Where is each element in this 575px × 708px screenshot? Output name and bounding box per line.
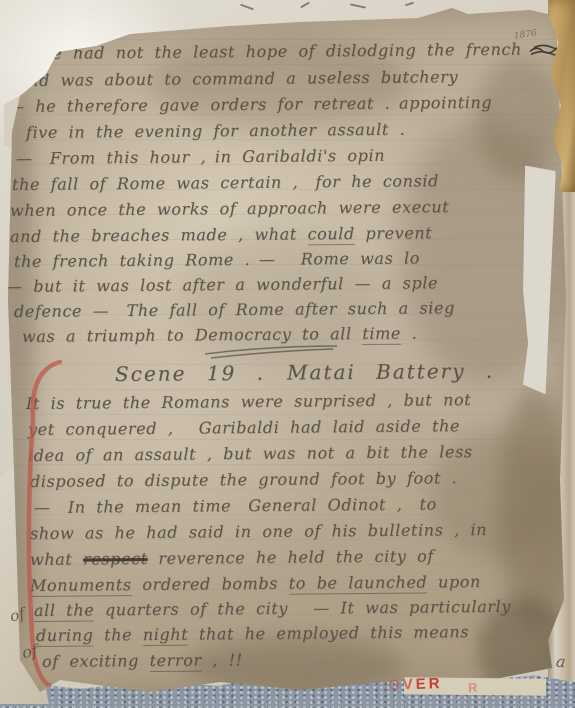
ink-remnant-mark — [350, 3, 366, 8]
ink-remnant-mark — [300, 2, 310, 9]
margin-fragment-of-lower: of — [20, 641, 39, 662]
ink-remnant-mark — [240, 4, 254, 11]
manuscript-page: 1876 “ he had not the least hope of disl… — [0, 0, 575, 708]
stamp-echo-mark: R — [467, 680, 477, 696]
page-edge-shading — [0, 0, 575, 708]
margin-fragment-right: a — [555, 652, 566, 672]
ink-remnant-mark — [405, 2, 414, 7]
over-stamp: OVER — [388, 675, 443, 694]
top-edge-remnants — [230, 0, 450, 16]
